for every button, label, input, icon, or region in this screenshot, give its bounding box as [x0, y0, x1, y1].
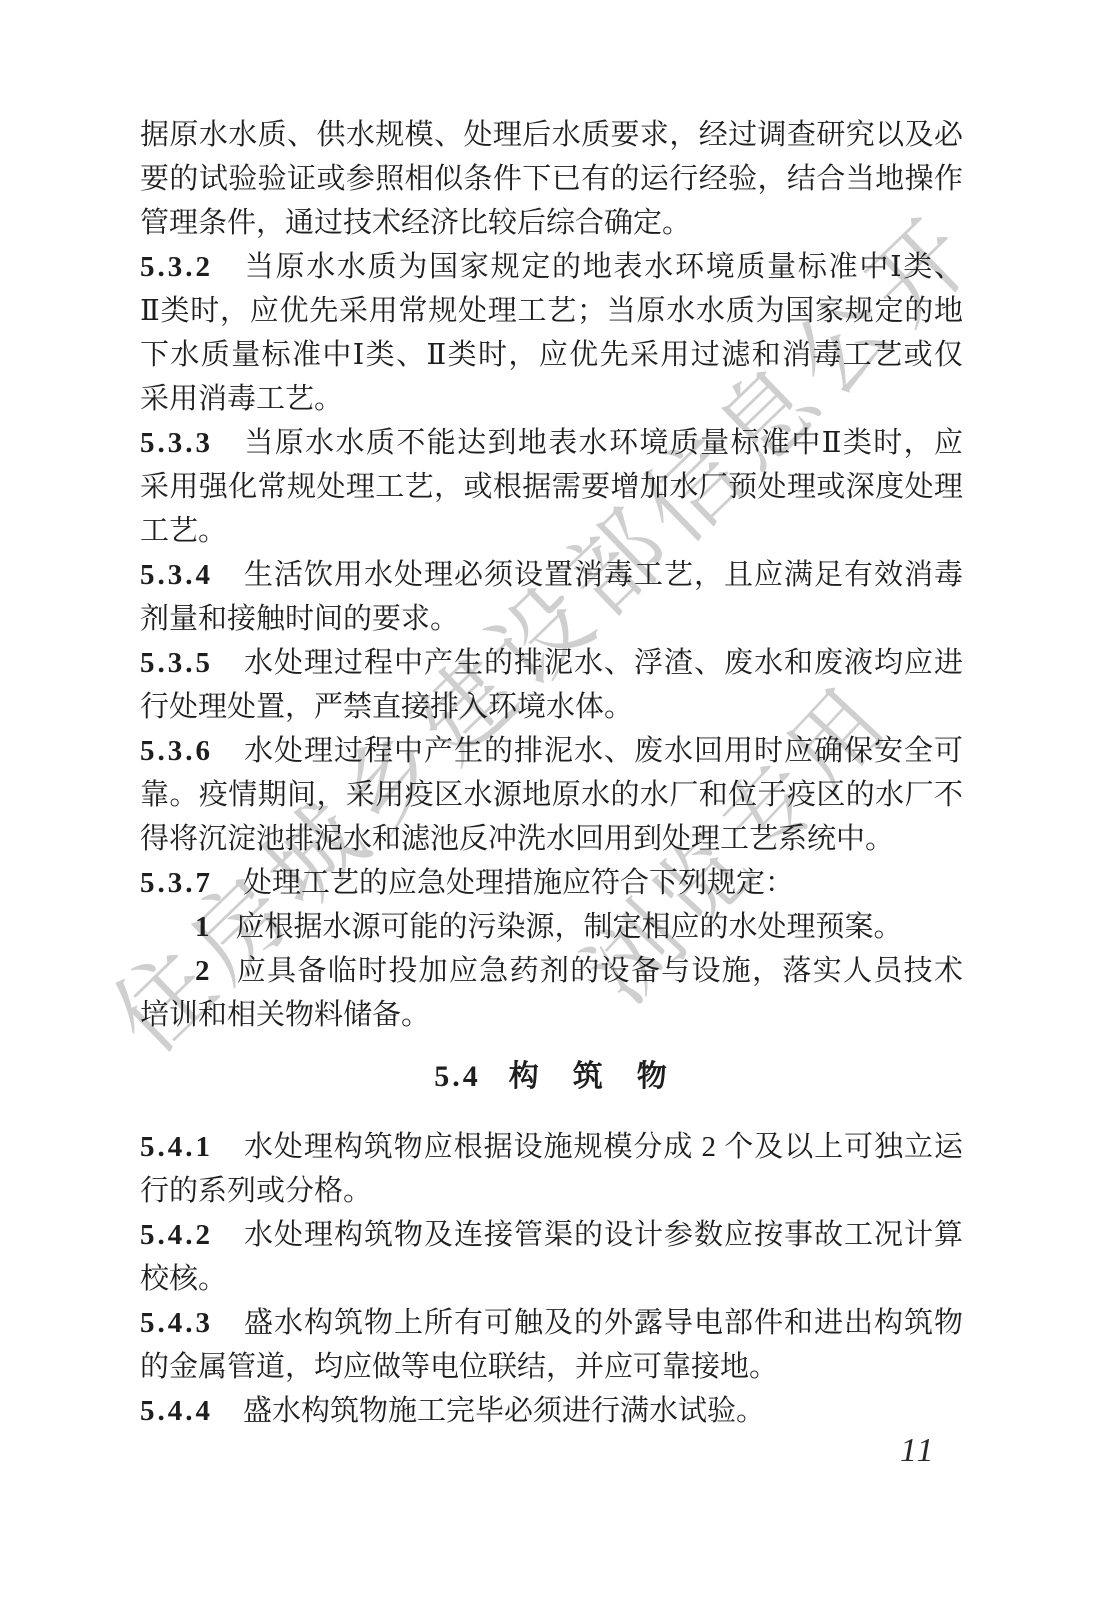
line-text: 采用强化常规处理工艺，或根据需要增加水厂预处理或深度处理 — [140, 471, 963, 503]
clause-number: 5.3.7 — [140, 867, 213, 899]
clause-number: 5.4.4 — [140, 1395, 213, 1427]
line-text: 采用消毒工艺。 — [140, 383, 343, 415]
line-text: 盛水构筑物施工完毕必须进行满水试验。 — [243, 1395, 765, 1427]
line-text: 管理条件，通过技术经济比较后综合确定。 — [140, 207, 691, 239]
line-text: 要的试验验证或参照相似条件下已有的运行经验，结合当地操作 — [140, 163, 963, 195]
clause-line: 5.3.3当原水水质不能达到地表水环境质量标准中Ⅱ类时，应 — [140, 421, 963, 465]
clause-line: 5.3.2当原水水质为国家规定的地表水环境质量标准中Ⅰ类、 — [140, 245, 963, 289]
list-item-line: 2应具备临时投加应急药剂的设备与设施，落实人员技术 — [140, 949, 963, 993]
clause-line: 5.3.7处理工艺的应急处理措施应符合下列规定： — [140, 861, 963, 905]
line-text: 据原水水质、供水规模、处理后水质要求，经过调查研究以及必 — [140, 119, 963, 151]
line-text: 培训和相关物料储备。 — [140, 999, 430, 1031]
clause-line: 5.4.2水处理构筑物及连接管渠的设计参数应按事故工况计算 — [140, 1213, 963, 1257]
line-text: 盛水构筑物上所有可触及的外露导电部件和进出构筑物 — [243, 1307, 963, 1339]
line-text: 下水质量标准中Ⅰ类、Ⅱ类时，应优先采用过滤和消毒工艺或仅 — [140, 339, 963, 371]
line-text: 生活饮用水处理必须设置消毒工艺，且应满足有效消毒 — [243, 559, 963, 591]
section-heading: 5.4构 筑 物 — [140, 1055, 963, 1099]
list-item-line: 1应根据水源可能的污染源，制定相应的水处理预案。 — [140, 905, 963, 949]
text-line: 行处理处置，严禁直接排入环境水体。 — [140, 685, 963, 729]
line-text: 校核。 — [140, 1263, 227, 1295]
line-text: 水处理过程中产生的排泥水、浮渣、废水和废液均应进 — [243, 647, 963, 679]
text-line: 采用消毒工艺。 — [140, 377, 963, 421]
line-text: 得将沉淀池排泥水和滤池反冲洗水回用到处理工艺系统中。 — [140, 823, 894, 855]
document-page: 住房城乡建设部信息公开 浏览专用 据原水水质、供水规模、处理后水质要求，经过调查… — [0, 0, 1103, 1598]
text-line: 的金属管道，均应做等电位联结，并应可靠接地。 — [140, 1345, 963, 1389]
text-line: 校核。 — [140, 1257, 963, 1301]
line-text: 当原水水质为国家规定的地表水环境质量标准中Ⅰ类、 — [243, 251, 963, 283]
list-item-number: 2 — [195, 955, 210, 987]
text-line: 行的系列或分格。 — [140, 1169, 963, 1213]
clause-number: 5.3.4 — [140, 559, 213, 591]
clause-number: 5.4.3 — [140, 1307, 213, 1339]
page-number: 11 — [900, 1432, 935, 1470]
line-text: 处理工艺的应急处理措施应符合下列规定： — [243, 867, 794, 899]
text-line: 培训和相关物料储备。 — [140, 993, 963, 1037]
list-item-number: 1 — [195, 911, 210, 943]
document-body: 据原水水质、供水规模、处理后水质要求，经过调查研究以及必要的试验验证或参照相似条… — [140, 113, 963, 1433]
line-text: 水处理过程中产生的排泥水、废水回用时应确保安全可 — [243, 735, 963, 767]
clause-line: 5.4.3盛水构筑物上所有可触及的外露导电部件和进出构筑物 — [140, 1301, 963, 1345]
line-text: 水处理构筑物应根据设施规模分成 2 个及以上可独立运 — [243, 1131, 963, 1163]
text-line: 剂量和接触时间的要求。 — [140, 597, 963, 641]
text-line: 据原水水质、供水规模、处理后水质要求，经过调查研究以及必 — [140, 113, 963, 157]
clause-number: 5.3.3 — [140, 427, 213, 459]
line-text: 水处理构筑物及连接管渠的设计参数应按事故工况计算 — [243, 1219, 963, 1251]
text-line: 采用强化常规处理工艺，或根据需要增加水厂预处理或深度处理 — [140, 465, 963, 509]
text-line: 工艺。 — [140, 509, 963, 553]
section-heading-number: 5.4 — [434, 1060, 481, 1093]
clause-line: 5.4.4盛水构筑物施工完毕必须进行满水试验。 — [140, 1389, 963, 1433]
clause-line: 5.3.5水处理过程中产生的排泥水、浮渣、废水和废液均应进 — [140, 641, 963, 685]
line-text: 应根据水源可能的污染源，制定相应的水处理预案。 — [236, 911, 903, 943]
text-line: 得将沉淀池排泥水和滤池反冲洗水回用到处理工艺系统中。 — [140, 817, 963, 861]
line-text: 工艺。 — [140, 515, 227, 547]
line-text: Ⅱ类时，应优先采用常规处理工艺；当原水水质为国家规定的地 — [140, 295, 963, 327]
text-line: 管理条件，通过技术经济比较后综合确定。 — [140, 201, 963, 245]
clause-number: 5.4.1 — [140, 1131, 213, 1163]
clause-number: 5.3.5 — [140, 647, 213, 679]
clause-line: 5.3.4生活饮用水处理必须设置消毒工艺，且应满足有效消毒 — [140, 553, 963, 597]
text-line: 下水质量标准中Ⅰ类、Ⅱ类时，应优先采用过滤和消毒工艺或仅 — [140, 333, 963, 377]
text-line: Ⅱ类时，应优先采用常规处理工艺；当原水水质为国家规定的地 — [140, 289, 963, 333]
line-text: 靠。疫情期间，采用疫区水源地原水的水厂和位于疫区的水厂不 — [140, 779, 963, 811]
text-line: 靠。疫情期间，采用疫区水源地原水的水厂和位于疫区的水厂不 — [140, 773, 963, 817]
clause-line: 5.3.6水处理过程中产生的排泥水、废水回用时应确保安全可 — [140, 729, 963, 773]
line-text: 剂量和接触时间的要求。 — [140, 603, 459, 635]
clause-number: 5.3.2 — [140, 251, 213, 283]
clause-number: 5.3.6 — [140, 735, 213, 767]
line-text: 行的系列或分格。 — [140, 1175, 372, 1207]
line-text: 的金属管道，均应做等电位联结，并应可靠接地。 — [140, 1351, 778, 1383]
text-line: 要的试验验证或参照相似条件下已有的运行经验，结合当地操作 — [140, 157, 963, 201]
line-text: 行处理处置，严禁直接排入环境水体。 — [140, 691, 633, 723]
line-text: 应具备临时投加应急药剂的设备与设施，落实人员技术 — [236, 955, 964, 987]
clause-number: 5.4.2 — [140, 1219, 213, 1251]
clause-line: 5.4.1水处理构筑物应根据设施规模分成 2 个及以上可独立运 — [140, 1125, 963, 1169]
section-heading-title: 构 筑 物 — [509, 1060, 669, 1093]
line-text: 当原水水质不能达到地表水环境质量标准中Ⅱ类时，应 — [243, 427, 963, 459]
